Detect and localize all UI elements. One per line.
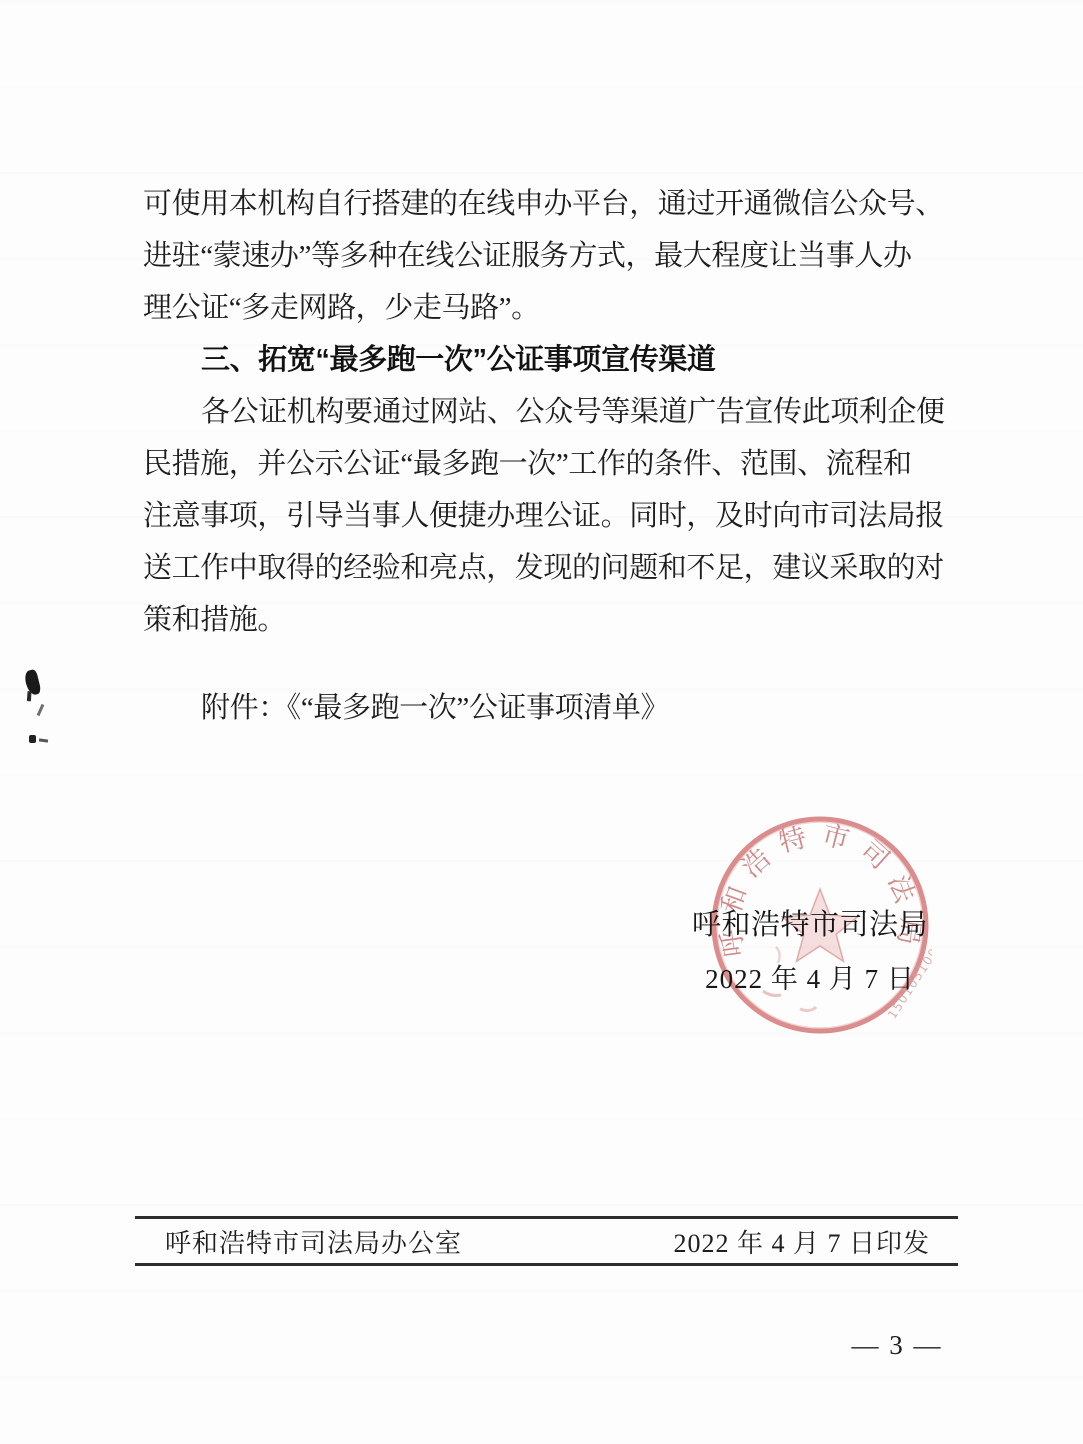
body-line: 理公证“多走网路，少走马路”。 [143,282,943,334]
body-line: 民措施，并公示公证“最多跑一次”工作的条件、范围、流程和 [143,438,943,490]
document-page: 可使用本机构自行搭建的在线申办平台，通过开通微信公众号、 进驻“蒙速办”等多种在… [0,0,1083,1444]
body-line: 进驻“蒙速办”等多种在线公证服务方式，最大程度让当事人办 [143,230,943,282]
section-heading: 三、拓宽“最多跑一次”公证事项宣传渠道 [143,334,943,386]
ink-smudge [37,704,45,716]
footer-bar: 呼和浩特市司法局办公室 2022 年 4 月 7 日印发 [135,1216,958,1266]
footer-issuer: 呼和浩特市司法局办公室 [165,1223,462,1260]
body-line: 注意事项，引导当事人便捷办理公证。同时，及时向市司法局报 [143,490,943,542]
page-number: — 3 — [837,1330,957,1361]
attachment-line: 附件：《“最多跑一次”公证事项清单》 [143,682,943,734]
body-line: 送工作中取得的经验和亮点，发现的问题和不足，建议采取的对 [143,542,943,594]
ink-smudge [39,738,48,742]
body-line: 策和措施。 [143,594,943,646]
ink-smudge [23,669,42,696]
signature-date: 2022 年 4 月 7 日 [600,957,1020,996]
document-body: 可使用本机构自行搭建的在线申办平台，通过开通微信公众号、 进驻“蒙速办”等多种在… [143,178,943,734]
signature-org: 呼和浩特市司法局 [600,902,1020,943]
body-line: 可使用本机构自行搭建的在线申办平台，通过开通微信公众号、 [143,178,943,230]
body-line: 各公证机构要通过网站、公众号等渠道广告宣传此项利企便 [143,386,943,438]
footer-print-date: 2022 年 4 月 7 日印发 [673,1223,930,1260]
ink-smudge [29,735,36,743]
